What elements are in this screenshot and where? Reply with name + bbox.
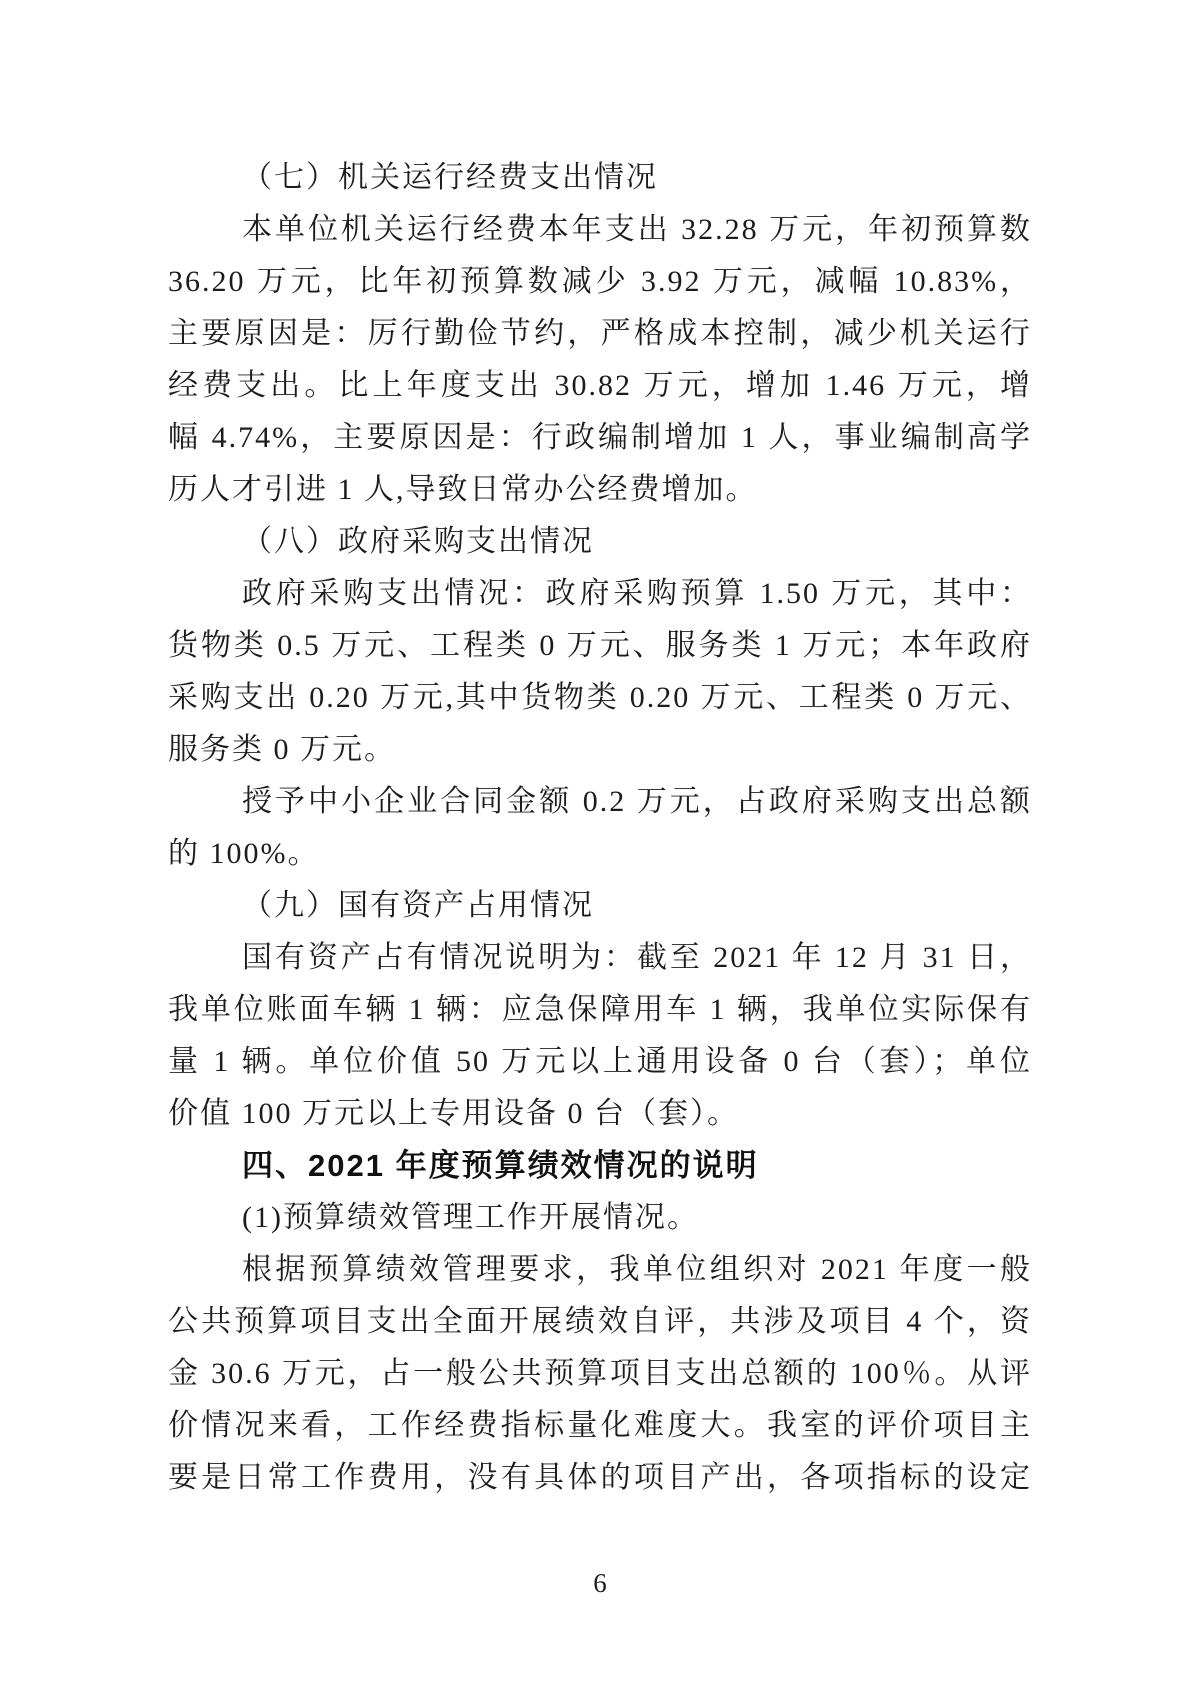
text-line: 要是日常工作费用，没有具体的项目产出，各项指标的设定 bbox=[168, 1452, 1032, 1504]
text-line: 我单位账面车辆 1 辆：应急保障用车 1 辆，我单位实际保有 bbox=[168, 984, 1032, 1036]
text-line: 历人才引进 1 人,导致日常办公经费增加。 bbox=[168, 464, 1032, 516]
text-line: 的 100%。 bbox=[168, 828, 1032, 880]
text-line: 服务类 0 万元。 bbox=[168, 724, 1032, 776]
text-line: 主要原因是：厉行勤俭节约，严格成本控制，减少机关运行 bbox=[168, 308, 1032, 360]
text-line: 采购支出 0.20 万元,其中货物类 0.20 万元、工程类 0 万元、 bbox=[168, 672, 1032, 724]
document-body: （七）机关运行经费支出情况本单位机关运行经费本年支出 32.28 万元，年初预算… bbox=[168, 152, 1032, 1504]
text-line: 授予中小企业合同金额 0.2 万元，占政府采购支出总额 bbox=[168, 776, 1032, 828]
text-line: 幅 4.74%，主要原因是：行政编制增加 1 人，事业编制高学 bbox=[168, 412, 1032, 464]
text-line: 价值 100 万元以上专用设备 0 台（套）。 bbox=[168, 1088, 1032, 1140]
text-line: 本单位机关运行经费本年支出 32.28 万元，年初预算数 bbox=[168, 204, 1032, 256]
section-heading-line: 四、2021 年度预算绩效情况的说明 bbox=[168, 1140, 1032, 1192]
text-line: 经费支出。比上年度支出 30.82 万元，增加 1.46 万元，增 bbox=[168, 360, 1032, 412]
text-line: 货物类 0.5 万元、工程类 0 万元、服务类 1 万元；本年政府 bbox=[168, 620, 1032, 672]
text-line: （八）政府采购支出情况 bbox=[168, 516, 1032, 568]
text-line: 根据预算绩效管理要求，我单位组织对 2021 年度一般 bbox=[168, 1244, 1032, 1296]
text-line: (1)预算绩效管理工作开展情况。 bbox=[168, 1192, 1032, 1244]
text-line: （九）国有资产占用情况 bbox=[168, 880, 1032, 932]
text-line: 量 1 辆。单位价值 50 万元以上通用设备 0 台（套）；单位 bbox=[168, 1036, 1032, 1088]
text-line: （七）机关运行经费支出情况 bbox=[168, 152, 1032, 204]
text-line: 公共预算项目支出全面开展绩效自评，共涉及项目 4 个，资 bbox=[168, 1296, 1032, 1348]
page-number: 6 bbox=[0, 1557, 1200, 1609]
text-line: 价情况来看，工作经费指标量化难度大。我室的评价项目主 bbox=[168, 1400, 1032, 1452]
text-line: 国有资产占有情况说明为：截至 2021 年 12 月 31 日， bbox=[168, 932, 1032, 984]
text-line: 36.20 万元，比年初预算数减少 3.92 万元，减幅 10.83%， bbox=[168, 256, 1032, 308]
text-line: 政府采购支出情况：政府采购预算 1.50 万元，其中： bbox=[168, 568, 1032, 620]
text-line: 金 30.6 万元，占一般公共预算项目支出总额的 100％。从评 bbox=[168, 1348, 1032, 1400]
document-page: （七）机关运行经费支出情况本单位机关运行经费本年支出 32.28 万元，年初预算… bbox=[0, 0, 1200, 1696]
